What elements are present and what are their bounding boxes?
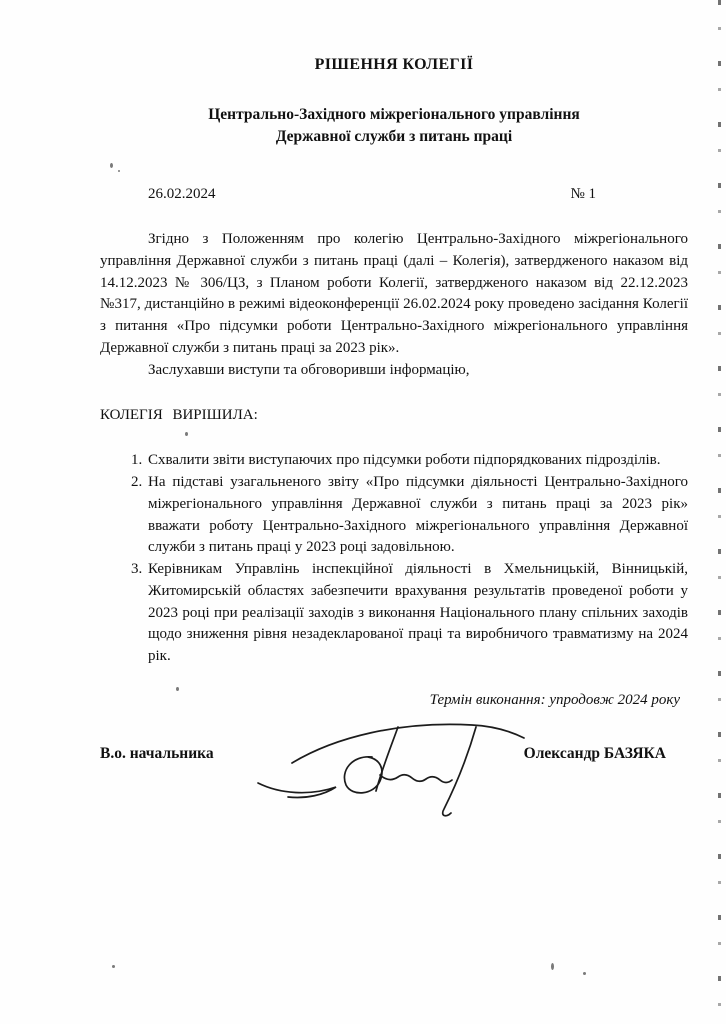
- organization-name-line1: Центрально-Західного міжрегіонального уп…: [100, 104, 688, 126]
- resolution-item: На підставі узагальненого звіту «Про під…: [146, 472, 688, 559]
- date-number-row: 26.02.2024 № 1: [100, 186, 688, 203]
- scan-speck: [583, 972, 586, 975]
- scan-speck: [112, 965, 115, 968]
- document-number: № 1: [570, 186, 596, 203]
- organization-name-line2: Державної служби з питань праці: [100, 126, 688, 148]
- resolution-item: Схвалити звіти виступаючих про підсумки …: [146, 450, 688, 472]
- intro-paragraph: Згідно з Положенням про колегію Централь…: [100, 229, 688, 360]
- scan-speck: [185, 432, 188, 436]
- handwritten-signature: [240, 697, 540, 817]
- scan-speck: [118, 170, 120, 172]
- signer-name: Олександр БАЗЯКА: [524, 745, 666, 763]
- scan-speck: [551, 963, 554, 970]
- resolution-item: Керівникам Управлінь інспекційної діяльн…: [146, 559, 688, 668]
- scan-edge-artifact: [718, 0, 721, 1024]
- resolutions-list: Схвалити звіти виступаючих про підсумки …: [124, 450, 688, 668]
- organization-name: Центрально-Західного міжрегіонального уп…: [100, 104, 688, 148]
- scan-speck: [110, 163, 113, 168]
- scan-speck: [176, 687, 179, 691]
- document-title: РІШЕННЯ КОЛЕГІЇ: [100, 56, 688, 74]
- deadline-note: Термін виконання: упродовж 2024 року: [100, 692, 688, 709]
- signature-block: В.о. начальника Олександр БАЗЯКА: [100, 745, 666, 763]
- scanned-document-page: РІШЕННЯ КОЛЕГІЇ Центрально-Західного між…: [0, 0, 726, 1024]
- decided-heading: КОЛЕГІЯ ВИРІШИЛА:: [100, 407, 688, 424]
- heard-paragraph: Заслухавши виступи та обговоривши інформ…: [100, 360, 688, 382]
- signer-position: В.о. начальника: [100, 745, 214, 763]
- document-body: РІШЕННЯ КОЛЕГІЇ Центрально-Західного між…: [100, 56, 688, 709]
- document-date: 26.02.2024: [148, 186, 216, 203]
